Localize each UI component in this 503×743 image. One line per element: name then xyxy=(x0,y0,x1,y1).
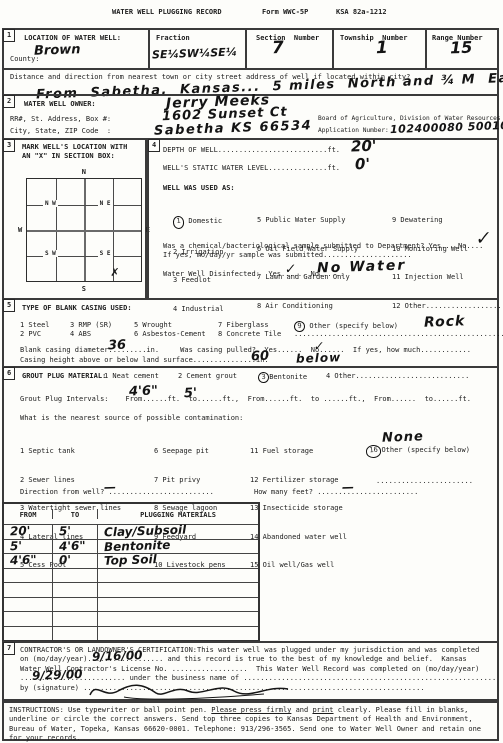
divider xyxy=(245,30,247,68)
grid-line xyxy=(27,230,141,232)
contamination-option: 7 Pit privy xyxy=(154,476,226,486)
casing-option: 6 Asbestos-Cement xyxy=(134,330,206,338)
casing-option: 2 PVC xyxy=(20,330,41,338)
cell-material: Bentonite xyxy=(104,538,171,552)
cell-to: 4'6" xyxy=(59,539,86,552)
signature-scribble xyxy=(84,679,294,701)
used-option: 11 Injection Well xyxy=(392,273,503,283)
section-number-label: Section Number xyxy=(256,34,319,42)
contamination-option: 6 Seepage pit xyxy=(154,447,226,457)
static-water-level-label: WELL'S STATIC WATER LEVEL..............f… xyxy=(163,164,340,172)
table-header-materials: PLUGGING MATERIALS xyxy=(97,509,258,519)
grout-option: 1 Neat cement xyxy=(104,372,159,380)
township-number-value: 1 xyxy=(376,38,389,58)
casing-option: 3 RMP (SR) xyxy=(70,321,112,329)
form-number: Form WWC-5P xyxy=(262,8,308,16)
cell-from: 5' xyxy=(10,539,22,551)
casing-option: 1 Steel xyxy=(20,321,50,329)
cell-material: Clay/Subsoil xyxy=(104,524,187,539)
used-option: 9 Dewatering xyxy=(392,216,503,226)
section-grid: N W N E S W S E N S W E ✗ xyxy=(26,178,142,282)
distance-direction-row: Distance and direction from nearest town… xyxy=(2,68,499,96)
section-6-number: 6 xyxy=(3,367,15,380)
section-3-number: 3 xyxy=(3,139,15,152)
section-5-title: TYPE OF BLANK CASING USED: xyxy=(22,304,132,312)
chemical-sample-question: Was a chemical/bacteriological sample su… xyxy=(163,242,483,250)
table-row: 4'6" 0' Top Soil xyxy=(4,553,258,568)
depth-of-well-label: DEPTH OF WELL..........................f… xyxy=(163,146,340,154)
direction-from-well-line: Direction from well? ...................… xyxy=(20,488,214,496)
section-4-well-details: 4 DEPTH OF WELL.........................… xyxy=(147,138,499,300)
compass-west-label: W xyxy=(18,226,22,234)
table-row xyxy=(4,611,258,626)
township-number-label: Township Number xyxy=(340,34,407,42)
circled-option-16: 16 xyxy=(365,444,381,458)
contamination-option: 14 Abandoned water well xyxy=(250,533,347,543)
table-row xyxy=(4,626,258,641)
divider xyxy=(332,30,334,68)
divider xyxy=(425,30,427,68)
section-number-value: 7 xyxy=(272,38,285,58)
table-header-to: TO xyxy=(52,509,97,519)
interval-from-value: 4'6" xyxy=(129,384,158,400)
table-row xyxy=(4,568,258,583)
cell-to: 0' xyxy=(59,554,71,566)
section-6-grout-plug: 6 GROUT PLUG MATERIAL: 1 Neat cement 2 C… xyxy=(2,366,499,643)
contamination-question: What is the nearest source of possible c… xyxy=(20,414,243,422)
plugged-date-value: 9/16/00 xyxy=(92,648,143,664)
grout-intervals-line: Grout Plug Intervals: From......ft. to..… xyxy=(20,395,471,403)
section-5-blank-casing: 5 TYPE OF BLANK CASING USED: 1 Steel 3 R… xyxy=(2,298,499,368)
contamination-option: 11 Fuel storage xyxy=(250,447,347,457)
record-completed-date-value: 9/29/00 xyxy=(32,667,83,683)
contamination-option: 12 Fertilizer storage xyxy=(250,476,347,486)
address-label: RR#, St. Address, Box #: xyxy=(10,115,111,123)
table-row: 20' 5' Clay/Subsoil xyxy=(4,524,258,539)
instructions-box: INSTRUCTIONS: Use typewriter or ball poi… xyxy=(2,701,499,741)
instructions-text: INSTRUCTIONS: Use typewriter or ball poi… xyxy=(4,703,497,743)
static-water-level-value: 0' xyxy=(355,155,371,174)
casing-option: 7 Fiberglass xyxy=(218,321,269,329)
contamination-other-label: Other (specify below) xyxy=(381,446,470,454)
table-header-from: FROM xyxy=(4,509,52,519)
contamination-option-other: 16Other (specify below) xyxy=(366,445,473,458)
disinfected-no-checkmark: ✓ xyxy=(284,261,297,277)
certification-line-1: CONTRACTOR'S OR LANDOWNER'S CERTIFICATIO… xyxy=(20,646,479,655)
page-title: WATER WELL PLUGGING RECORD xyxy=(112,8,222,16)
well-used-as-title: WELL WAS USED AS: xyxy=(163,184,235,192)
contamination-option: 15 Oil well/Gas well xyxy=(250,561,347,571)
contamination-column-3: 11 Fuel storage 12 Fertilizer storage 13… xyxy=(250,428,347,590)
contamination-other-value: None xyxy=(382,429,424,445)
compass-north-label: N xyxy=(82,168,86,176)
table-row xyxy=(4,597,258,612)
casing-option: 8 Concrete Tile xyxy=(218,330,281,338)
depth-of-well-value: 20' xyxy=(351,137,377,156)
table-header-row: FROM TO PLUGGING MATERIALS xyxy=(4,504,258,524)
casing-option: 4 ABS xyxy=(70,330,91,338)
circled-option-1: 1 xyxy=(172,216,184,229)
section-1-title: LOCATION OF WATER WELL: xyxy=(24,34,121,42)
how-many-feet-line: How many feet? ........................ xyxy=(254,488,418,496)
quarter-label-nw: N W xyxy=(43,200,58,207)
statute-number: KSA 82a-1212 xyxy=(336,8,387,16)
circled-option-3: 3 xyxy=(258,372,270,384)
certification-line-2: on (mo/day/year).................. and t… xyxy=(20,655,467,664)
application-number-value: 102400080 50010 xyxy=(390,119,503,136)
cell-material: Top Soil xyxy=(104,553,157,567)
cell-from: 4'6" xyxy=(10,554,37,567)
contamination-option: 13 Insecticide storage xyxy=(250,504,347,514)
casing-diameter-value: 36 xyxy=(108,338,127,354)
compass-south-label: S xyxy=(82,285,86,293)
instructions-underlined-2: print xyxy=(312,706,333,714)
grout-option: 4 Other........................... xyxy=(326,372,469,380)
scanned-form-page: { "header": { "title": "WATER WELL PLUGG… xyxy=(0,0,503,743)
direction-dash-mark: — xyxy=(104,480,116,494)
county-value: Brown xyxy=(34,42,81,59)
application-number-label: Application Number: xyxy=(318,127,389,134)
used-option-domestic: 1 Domestic xyxy=(173,216,224,229)
contamination-other-dots: ....................... xyxy=(366,477,473,487)
table-row xyxy=(4,582,258,597)
cell-to: 5' xyxy=(59,525,71,537)
quarter-label-sw: S W xyxy=(43,250,58,257)
section-2-owner: 2 WATER WELL OWNER: Jerry Meeks RR#, St.… xyxy=(2,94,499,140)
casing-other-dots: ........................................… xyxy=(294,330,503,338)
instructions-part-2: and xyxy=(291,706,312,714)
grout-bentonite-label: Bentonite xyxy=(269,373,307,381)
section-3-mark-location: 3 MARK WELL'S LOCATION WITH AN "X" IN SE… xyxy=(2,138,147,300)
section-1-number: 1 xyxy=(3,29,15,42)
quarter-label-se: S E xyxy=(98,250,113,257)
grout-option-bentonite: 3Bentonite xyxy=(258,372,307,383)
instructions-underlined-1: Please press firmly xyxy=(211,706,291,714)
section-2-title: WATER WELL OWNER: xyxy=(24,100,96,108)
fraction-label: Fraction xyxy=(156,34,190,42)
well-location-x-mark: ✗ xyxy=(110,266,119,279)
cell-from: 20' xyxy=(10,525,31,538)
divider xyxy=(148,30,150,68)
contamination-option: 1 Septic tank xyxy=(20,447,121,457)
section-3-title-line2: AN "X" IN SECTION BOX: xyxy=(22,152,115,160)
city-state-zip-label: City, State, ZIP Code : xyxy=(10,127,111,135)
casing-pulled-line: Blank casing diameter.........in. Was ca… xyxy=(20,346,471,354)
casing-height-note: below xyxy=(296,350,342,366)
section-4-number: 4 xyxy=(148,139,160,152)
certification-line-3: Water Well Contractor's License No. ....… xyxy=(20,665,479,674)
section-2-number: 2 xyxy=(3,95,15,108)
disinfected-note: No Water xyxy=(317,257,407,276)
casing-height-line: Casing height above or below land surfac… xyxy=(20,356,269,364)
interval-to-value: 5' xyxy=(184,386,198,401)
section-6-title: GROUT PLUG MATERIAL: xyxy=(22,372,106,380)
grout-option: 2 Cement grout xyxy=(178,372,237,380)
section-7-certification: 7 CONTRACTOR'S OR LANDOWNER'S CERTIFICAT… xyxy=(2,641,499,701)
plugging-materials-table: FROM TO PLUGGING MATERIALS 20' 5' Clay/S… xyxy=(2,502,260,642)
chemical-sample-no-checkmark: ✓ xyxy=(475,227,493,250)
casing-option: 5 Wrought xyxy=(134,321,172,329)
section-3-title-line1: MARK WELL'S LOCATION WITH xyxy=(22,143,127,151)
section-5-number: 5 xyxy=(3,299,15,312)
feet-dash-mark: — xyxy=(342,480,354,494)
fraction-value: SE¼SW¼SE¼ xyxy=(152,46,237,62)
casing-other-value: Rock xyxy=(424,313,466,330)
instructions-part-1: INSTRUCTIONS: Use typewriter or ball poi… xyxy=(9,706,211,714)
section-7-number: 7 xyxy=(3,642,15,655)
table-row: 5' 4'6" Bentonite xyxy=(4,539,258,554)
casing-other-label: Other (specify below) xyxy=(305,322,398,330)
section-1-location: 1 LOCATION OF WATER WELL: County: Brown … xyxy=(2,28,499,70)
quarter-label-ne: N E xyxy=(98,200,113,207)
casing-height-value: 60 xyxy=(251,349,270,365)
range-number-value: 15 xyxy=(450,38,473,58)
used-option-domestic-label: Domestic xyxy=(184,217,222,225)
used-option: 5 Public Water Supply xyxy=(257,216,358,226)
